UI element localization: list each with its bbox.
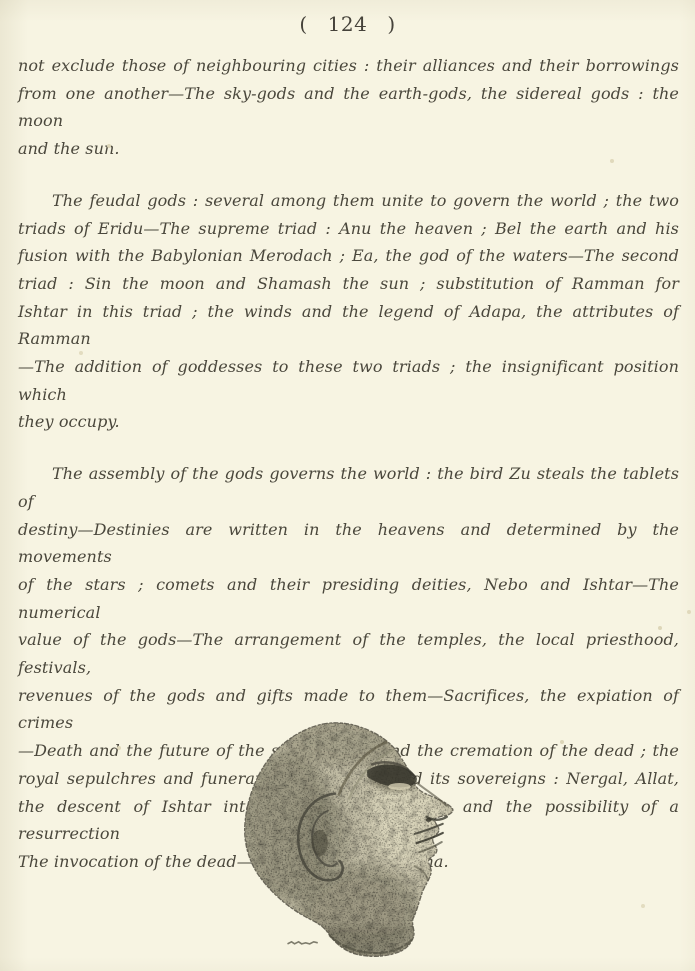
- page-number: 124: [328, 11, 368, 37]
- text-line: fusion with the Babylonian Merodach ; Ea…: [18, 242, 679, 270]
- page-header: ( 124 ): [0, 0, 695, 37]
- eye-highlight: [388, 783, 410, 790]
- text-line: they occupy.: [18, 408, 679, 436]
- text-line: and the sun.: [18, 135, 679, 163]
- text-line: triads of Eridu—The supreme triad : Anu …: [18, 215, 679, 243]
- engraver-signature-mark: [287, 942, 317, 944]
- text-line: not exclude those of neighbouring cities…: [18, 52, 679, 80]
- text-line: Ishtar in this triad ; the winds and the…: [18, 298, 679, 353]
- text-line: value of the gods—The arrangement of the…: [18, 626, 679, 681]
- head-engraving-svg: [237, 720, 459, 962]
- text-line: destiny—Destinies are written in the hea…: [18, 516, 679, 571]
- text-line: The assembly of the gods governs the wor…: [18, 460, 679, 515]
- paren-close: ): [387, 11, 395, 37]
- paragraph-1: not exclude those of neighbouring cities…: [18, 52, 679, 163]
- text-line: triad : Sin the moon and Shamash the sun…: [18, 270, 679, 298]
- nostril-dot: [425, 818, 431, 822]
- text-line: of the stars ; comets and their presidin…: [18, 571, 679, 626]
- paragraph-2: The feudal gods : several among them uni…: [18, 187, 679, 436]
- text-line: The feudal gods : several among them uni…: [18, 187, 679, 215]
- head-engraving: [0, 720, 695, 962]
- ear-hollow: [311, 830, 327, 856]
- text-line: —The addition of goddesses to these two …: [18, 353, 679, 408]
- paren-open: (: [299, 11, 307, 37]
- book-page: ( 124 ) not exclude those of neighbourin…: [0, 0, 695, 971]
- text-line: from one another—The sky-gods and the ea…: [18, 80, 679, 135]
